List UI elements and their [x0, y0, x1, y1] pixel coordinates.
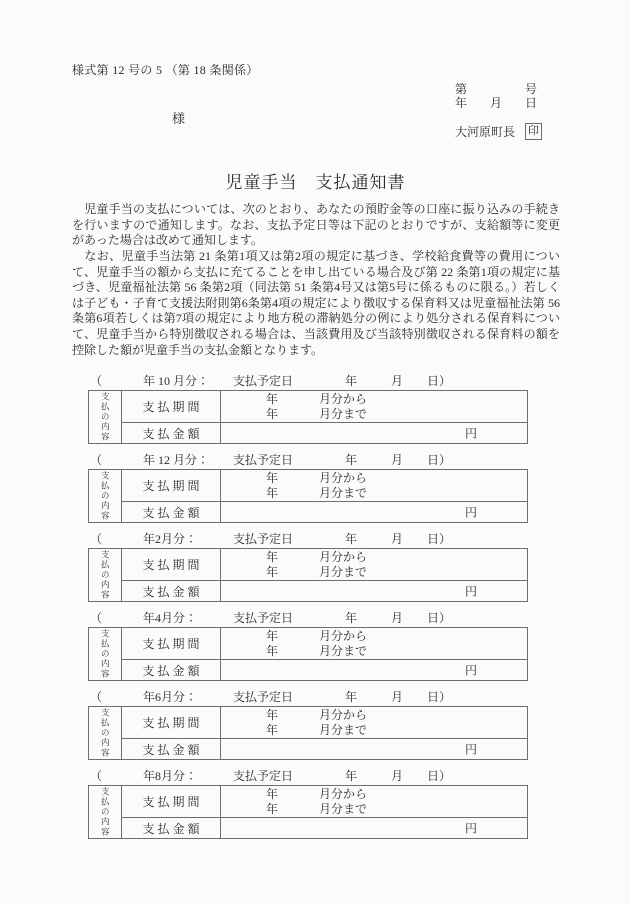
period-to-suffix: 月分まで — [319, 565, 367, 580]
table-main: 支 払 期 間 年 月分から 年 月分まで 支 払 金 額 — [122, 470, 527, 522]
period-to-suffix: 月分まで — [319, 486, 367, 501]
payment-table: 支払の内容 支 払 期 間 年 月分から 年 月分まで — [88, 469, 528, 523]
period-from-line: 年 月分から — [221, 471, 527, 486]
document-title: 児童手当 支払通知書 — [72, 168, 559, 193]
caption-open-paren: （ — [90, 611, 102, 625]
period-from-line: 年 月分から — [221, 629, 527, 644]
period-from-year: 年 — [266, 471, 278, 486]
caption-day-close: 日） — [427, 611, 451, 625]
period-from-year: 年 — [266, 629, 278, 644]
period-value-cell: 年 月分から 年 月分まで — [221, 549, 527, 580]
period-from-suffix: 月分から — [319, 708, 367, 723]
payment-table-block: （ 年2月分： 支払予定日 年 月 日） 支払の内容 支 払 期 間 年 月分か… — [88, 532, 528, 602]
payment-period-row: 支 払 期 間 年 月分から 年 月分まで — [122, 391, 527, 423]
doc-number-suffix: 号 — [525, 82, 537, 96]
caption-year-label: 年 — [345, 769, 357, 783]
period-from-suffix: 月分から — [319, 471, 367, 486]
period-label: 支 払 期 間 — [122, 391, 221, 422]
amount-value-cell: 円 — [221, 581, 527, 601]
caption-schedule-label: 支払予定日 — [233, 769, 293, 783]
yen-unit-label: 円 — [465, 504, 477, 521]
payment-amount-row: 支 払 金 額 円 — [122, 502, 527, 522]
caption-day-close: 日） — [427, 374, 451, 388]
payment-period-row: 支 払 期 間 年 月分から 年 月分まで — [122, 786, 527, 818]
amount-label: 支 払 金 額 — [122, 423, 221, 443]
period-value-cell: 年 月分から 年 月分まで — [221, 707, 527, 738]
amount-label: 支 払 金 額 — [122, 660, 221, 680]
table-side-header: 支払の内容 — [89, 391, 122, 443]
payment-table: 支払の内容 支 払 期 間 年 月分から 年 月分まで — [88, 627, 528, 681]
period-to-year: 年 — [266, 723, 278, 738]
doc-meta-block: 第 号 年 月 日 — [455, 82, 537, 110]
payment-table: 支払の内容 支 払 期 間 年 月分から 年 月分まで — [88, 785, 528, 839]
table-caption: （ 年4月分： 支払予定日 年 月 日） — [88, 611, 528, 625]
period-to-line: 年 月分まで — [221, 802, 527, 817]
amount-label: 支 払 金 額 — [122, 739, 221, 759]
caption-month-label: 年4月分： — [143, 611, 197, 625]
caption-year-label: 年 — [345, 611, 357, 625]
payment-amount-row: 支 払 金 額 円 — [122, 660, 527, 680]
caption-open-paren: （ — [90, 374, 102, 388]
table-main: 支 払 期 間 年 月分から 年 月分まで 支 払 金 額 — [122, 786, 527, 838]
table-side-header: 支払の内容 — [89, 707, 122, 759]
period-label: 支 払 期 間 — [122, 786, 221, 817]
payment-table-block: （ 年8月分： 支払予定日 年 月 日） 支払の内容 支 払 期 間 年 月分か… — [88, 769, 528, 839]
period-from-year: 年 — [266, 787, 278, 802]
yen-unit-label: 円 — [465, 425, 477, 442]
period-from-year: 年 — [266, 392, 278, 407]
payment-table-block: （ 年4月分： 支払予定日 年 月 日） 支払の内容 支 払 期 間 年 月分か… — [88, 611, 528, 681]
table-side-header: 支払の内容 — [89, 786, 122, 838]
table-main: 支 払 期 間 年 月分から 年 月分まで 支 払 金 額 — [122, 549, 527, 601]
caption-month-label: 年8月分： — [143, 769, 197, 783]
amount-value-cell: 円 — [221, 660, 527, 680]
period-value-cell: 年 月分から 年 月分まで — [221, 628, 527, 659]
payment-table-block: （ 年 10 月分： 支払予定日 年 月 日） 支払の内容 支 払 期 間 年 … — [88, 374, 528, 444]
period-value-cell: 年 月分から 年 月分まで — [221, 470, 527, 501]
period-label: 支 払 期 間 — [122, 707, 221, 738]
amount-label: 支 払 金 額 — [122, 581, 221, 601]
document-page: 様式第 12 号の 5 （第 18 条関係） 第 号 年 月 日 様 大河原町長… — [0, 0, 630, 903]
period-from-suffix: 月分から — [319, 629, 367, 644]
period-value-cell: 年 月分から 年 月分まで — [221, 786, 527, 817]
period-to-line: 年 月分まで — [221, 407, 527, 422]
payment-period-row: 支 払 期 間 年 月分から 年 月分まで — [122, 707, 527, 739]
table-side-header: 支払の内容 — [89, 470, 122, 522]
seal-box: 印 — [525, 123, 542, 140]
payment-amount-row: 支 払 金 額 円 — [122, 581, 527, 601]
period-to-year: 年 — [266, 486, 278, 501]
doc-number-prefix: 第 — [455, 82, 467, 96]
caption-day-close: 日） — [427, 690, 451, 704]
caption-day-close: 日） — [427, 453, 451, 467]
period-to-suffix: 月分まで — [319, 802, 367, 817]
caption-month-unit: 月 — [391, 453, 403, 467]
period-from-suffix: 月分から — [319, 392, 367, 407]
caption-month-unit: 月 — [391, 690, 403, 704]
date-month-label: 月 — [490, 96, 502, 110]
table-caption: （ 年8月分： 支払予定日 年 月 日） — [88, 769, 528, 783]
table-main: 支 払 期 間 年 月分から 年 月分まで 支 払 金 額 — [122, 391, 527, 443]
amount-value-cell: 円 — [221, 818, 527, 838]
payment-period-row: 支 払 期 間 年 月分から 年 月分まで — [122, 628, 527, 660]
payment-table: 支払の内容 支 払 期 間 年 月分から 年 月分まで — [88, 548, 528, 602]
period-from-line: 年 月分から — [221, 550, 527, 565]
caption-schedule-label: 支払予定日 — [233, 611, 293, 625]
caption-schedule-label: 支払予定日 — [233, 374, 293, 388]
period-to-suffix: 月分まで — [319, 407, 367, 422]
period-to-line: 年 月分まで — [221, 723, 527, 738]
period-to-suffix: 月分まで — [319, 644, 367, 659]
table-caption: （ 年 12 月分： 支払予定日 年 月 日） — [88, 453, 528, 467]
period-to-suffix: 月分まで — [319, 723, 367, 738]
caption-month-label: 年6月分： — [143, 690, 197, 704]
caption-month-label: 年 12 月分： — [143, 453, 209, 467]
yen-unit-label: 円 — [465, 741, 477, 758]
caption-day-close: 日） — [427, 769, 451, 783]
period-from-suffix: 月分から — [319, 787, 367, 802]
caption-month-label: 年 10 月分： — [143, 374, 209, 388]
period-label: 支 払 期 間 — [122, 549, 221, 580]
table-side-header: 支払の内容 — [89, 549, 122, 601]
caption-month-unit: 月 — [391, 611, 403, 625]
payment-amount-row: 支 払 金 額 円 — [122, 739, 527, 759]
amount-value-cell: 円 — [221, 739, 527, 759]
period-label: 支 払 期 間 — [122, 628, 221, 659]
payment-amount-row: 支 払 金 額 円 — [122, 423, 527, 443]
paragraph-2: なお、児童手当法第 21 条第1項又は第2項の規定に基づき、学校給食費等の費用に… — [72, 249, 560, 358]
yen-unit-label: 円 — [465, 820, 477, 837]
period-value-cell: 年 月分から 年 月分まで — [221, 391, 527, 422]
form-number: 様式第 12 号の 5 （第 18 条関係） — [72, 61, 259, 78]
payment-period-row: 支 払 期 間 年 月分から 年 月分まで — [122, 549, 527, 581]
period-from-line: 年 月分から — [221, 708, 527, 723]
payment-amount-row: 支 払 金 額 円 — [122, 818, 527, 838]
caption-month-label: 年2月分： — [143, 532, 197, 546]
period-from-line: 年 月分から — [221, 787, 527, 802]
payment-table-block: （ 年 12 月分： 支払予定日 年 月 日） 支払の内容 支 払 期 間 年 … — [88, 453, 528, 523]
caption-year-label: 年 — [345, 453, 357, 467]
period-to-line: 年 月分まで — [221, 644, 527, 659]
paragraph-1: 児童手当の支払については、次のとおり、あなたの預貯金等の口座に振り込みの手続きを… — [72, 202, 560, 249]
payment-table: 支払の内容 支 払 期 間 年 月分から 年 月分まで — [88, 706, 528, 760]
table-main: 支 払 期 間 年 月分から 年 月分まで 支 払 金 額 — [122, 628, 527, 680]
doc-number-line: 第 号 — [455, 82, 537, 96]
table-main: 支 払 期 間 年 月分から 年 月分まで 支 払 金 額 — [122, 707, 527, 759]
caption-open-paren: （ — [90, 769, 102, 783]
amount-label: 支 払 金 額 — [122, 502, 221, 522]
caption-schedule-label: 支払予定日 — [233, 453, 293, 467]
caption-day-close: 日） — [427, 532, 451, 546]
caption-open-paren: （ — [90, 532, 102, 546]
period-to-year: 年 — [266, 644, 278, 659]
payment-table-block: （ 年6月分： 支払予定日 年 月 日） 支払の内容 支 払 期 間 年 月分か… — [88, 690, 528, 760]
caption-month-unit: 月 — [391, 532, 403, 546]
doc-date-line: 年 月 日 — [455, 96, 537, 110]
caption-schedule-label: 支払予定日 — [233, 690, 293, 704]
table-side-header: 支払の内容 — [89, 628, 122, 680]
issuer-line: 大河原町長 印 — [455, 122, 542, 140]
period-to-line: 年 月分まで — [221, 486, 527, 501]
date-year-label: 年 — [455, 96, 467, 110]
caption-year-label: 年 — [345, 532, 357, 546]
table-caption: （ 年6月分： 支払予定日 年 月 日） — [88, 690, 528, 704]
period-from-year: 年 — [266, 708, 278, 723]
caption-schedule-label: 支払予定日 — [233, 532, 293, 546]
period-to-year: 年 — [266, 802, 278, 817]
yen-unit-label: 円 — [465, 662, 477, 679]
table-caption: （ 年2月分： 支払予定日 年 月 日） — [88, 532, 528, 546]
payment-period-row: 支 払 期 間 年 月分から 年 月分まで — [122, 470, 527, 502]
issuer-name: 大河原町長 — [455, 123, 515, 140]
period-from-line: 年 月分から — [221, 392, 527, 407]
amount-value-cell: 円 — [221, 502, 527, 522]
period-to-year: 年 — [266, 407, 278, 422]
period-label: 支 払 期 間 — [122, 470, 221, 501]
period-from-year: 年 — [266, 550, 278, 565]
date-day-label: 日 — [525, 96, 537, 110]
amount-label: 支 払 金 額 — [122, 818, 221, 838]
caption-open-paren: （ — [90, 453, 102, 467]
addressee-honorific: 様 — [172, 108, 185, 127]
period-to-line: 年 月分まで — [221, 565, 527, 580]
yen-unit-label: 円 — [465, 583, 477, 600]
caption-year-label: 年 — [345, 690, 357, 704]
period-to-year: 年 — [266, 565, 278, 580]
table-caption: （ 年 10 月分： 支払予定日 年 月 日） — [88, 374, 528, 388]
caption-month-unit: 月 — [391, 374, 403, 388]
caption-open-paren: （ — [90, 690, 102, 704]
caption-year-label: 年 — [345, 374, 357, 388]
payment-table: 支払の内容 支 払 期 間 年 月分から 年 月分まで — [88, 390, 528, 444]
period-from-suffix: 月分から — [319, 550, 367, 565]
payment-tables: （ 年 10 月分： 支払予定日 年 月 日） 支払の内容 支 払 期 間 年 … — [88, 374, 528, 848]
caption-month-unit: 月 — [391, 769, 403, 783]
amount-value-cell: 円 — [221, 423, 527, 443]
